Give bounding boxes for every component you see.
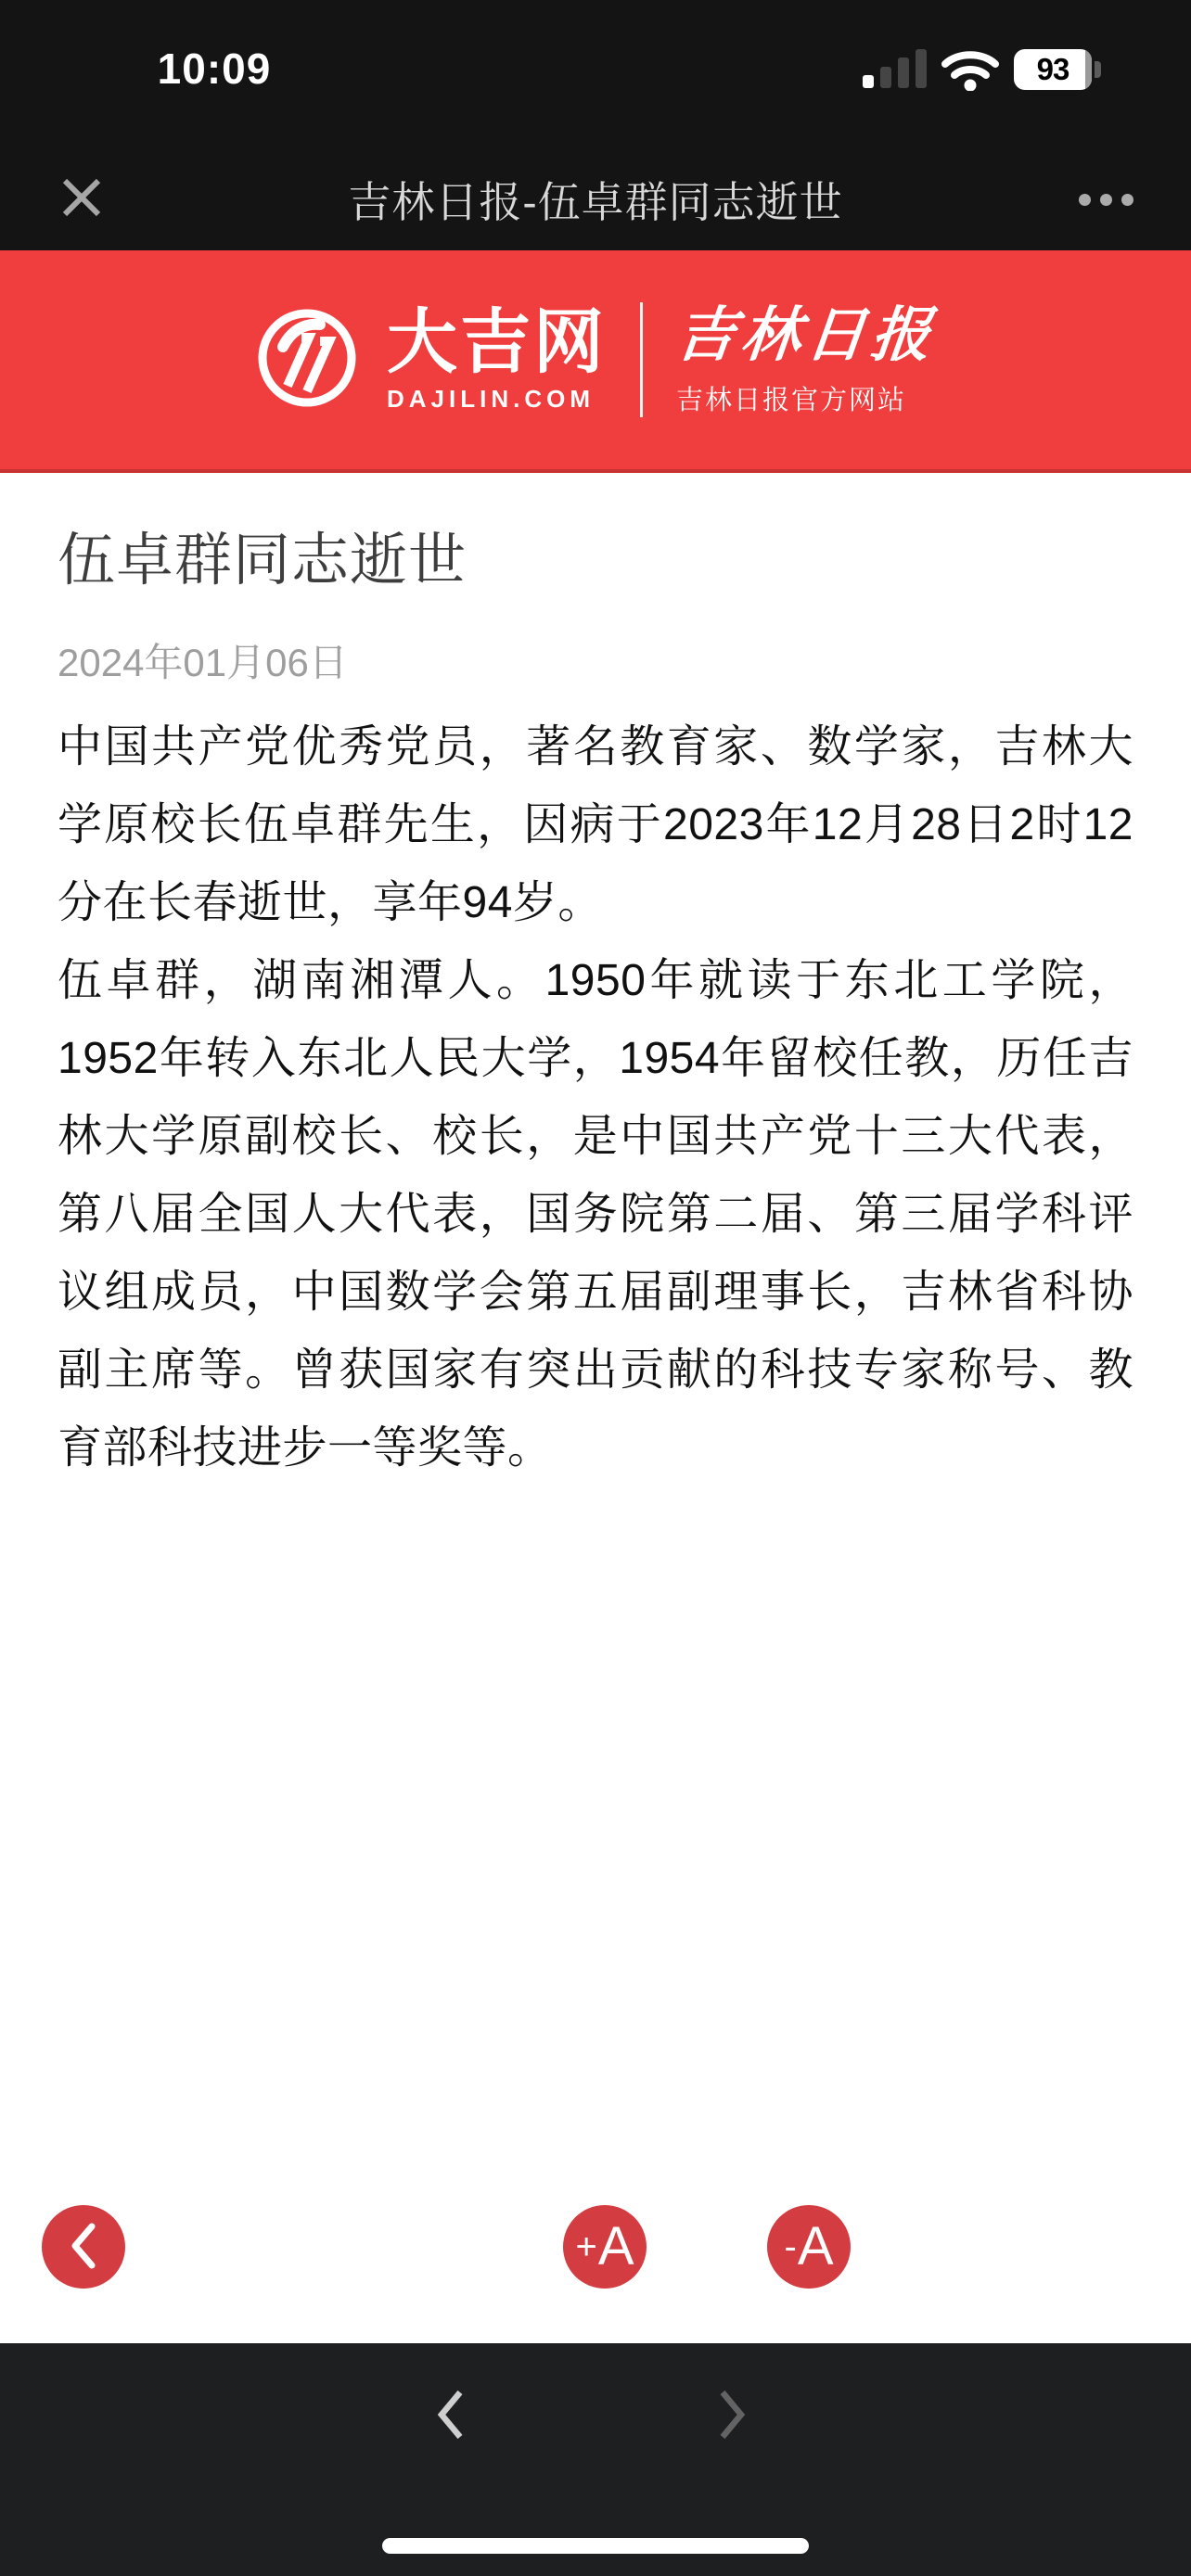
battery-icon: 93: [1014, 49, 1101, 90]
phone-screen: 10:09 93: [0, 0, 1191, 2576]
chevron-left-icon: [67, 2218, 100, 2276]
status-icons: 93: [863, 49, 1101, 90]
article-paragraph: 伍卓群，湖南湘潭人。1950年就读于东北工学院，1952年转入东北人民大学，19…: [58, 942, 1133, 1487]
article-body: 中国共产党优秀党员，著名教育家、数学家，吉林大学原校长伍卓群先生，因病于2023…: [58, 708, 1133, 1487]
paper-tagline: 吉林日报官方网站: [676, 379, 906, 417]
article-date: 2024年01月06日: [58, 640, 1133, 686]
site-name-block: 大吉网 DAJILIN.COM: [387, 307, 607, 414]
more-icon: [1079, 194, 1091, 206]
article-paragraph: 中国共产党优秀党员，著名教育家、数学家，吉林大学原校长伍卓群先生，因病于2023…: [58, 708, 1133, 942]
paper-name-block: 吉林日报 吉林日报官方网站: [676, 303, 936, 417]
minus-sign: -: [784, 2228, 796, 2265]
font-decrease-button[interactable]: -A: [767, 2205, 851, 2289]
banner-divider: [640, 302, 643, 417]
home-indicator[interactable]: [382, 2538, 809, 2554]
status-time: 10:09: [137, 45, 291, 93]
battery-percent: 93: [1037, 52, 1069, 87]
close-button[interactable]: [54, 148, 109, 250]
header: 10:09 93: [0, 0, 1191, 250]
chevron-right-icon: [717, 2428, 747, 2443]
site-name: 大吉网: [387, 307, 607, 379]
page-title: 吉林日报-伍卓群同志逝世: [348, 169, 842, 230]
site-domain: DAJILIN.COM: [387, 385, 595, 414]
masthead-banner: 大吉网 DAJILIN.COM 吉林日报 吉林日报官方网站: [0, 250, 1191, 473]
toolbar-forward-button[interactable]: [708, 2380, 756, 2454]
nav-bar: 吉林日报-伍卓群同志逝世: [0, 148, 1191, 250]
paper-name: 吉林日报: [672, 303, 939, 368]
browser-toolbar: [0, 2343, 1191, 2576]
chevron-left-icon: [436, 2428, 466, 2443]
article-title: 伍卓群同志逝世: [58, 473, 1133, 592]
toolbar-back-button[interactable]: [427, 2380, 475, 2454]
plus-sign: +: [575, 2228, 596, 2265]
article-content: 伍卓群同志逝世 2024年01月06日 中国共产党优秀党员，著名教育家、数学家，…: [0, 473, 1191, 2343]
font-increase-button[interactable]: +A: [563, 2205, 647, 2289]
close-icon: [61, 177, 102, 223]
cellular-signal-icon: [863, 49, 927, 90]
more-menu-button[interactable]: [1071, 148, 1141, 250]
wifi-icon: [941, 49, 999, 90]
back-button[interactable]: [42, 2205, 125, 2289]
dajilin-logo-icon: [255, 306, 359, 414]
